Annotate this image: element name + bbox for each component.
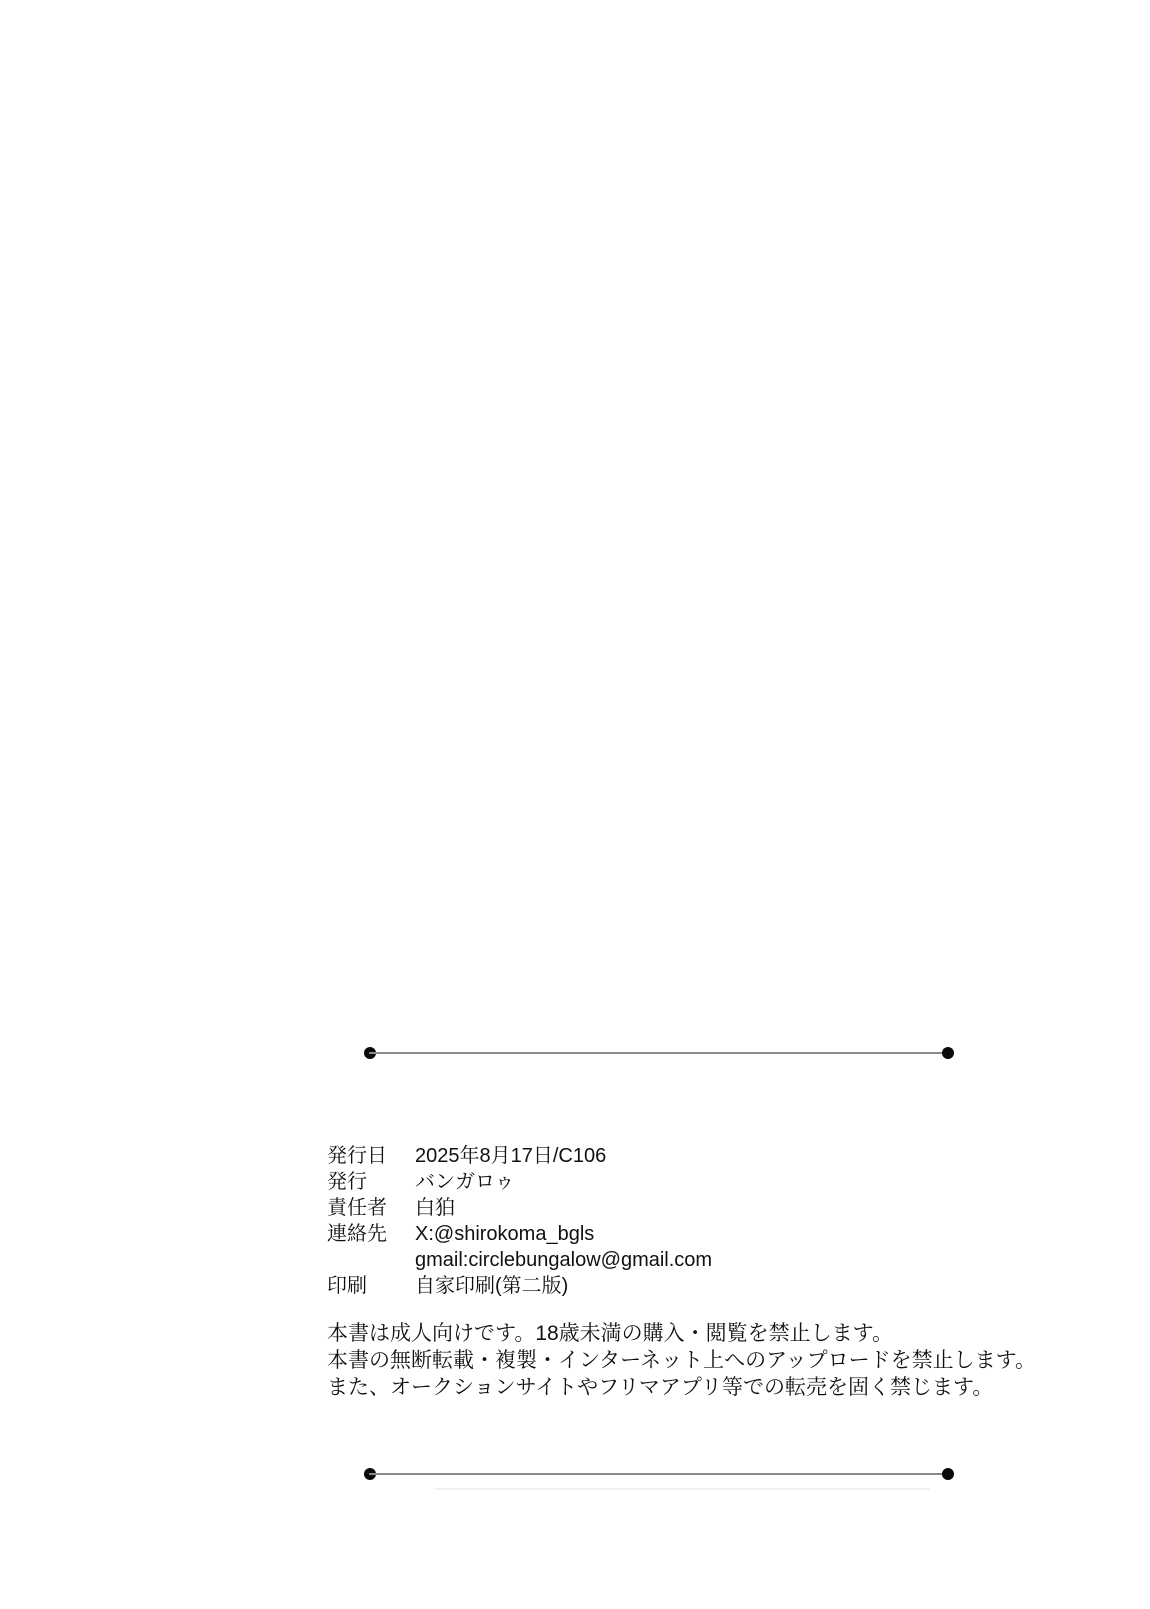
- field-value: gmail:circlebungalow@gmail.com: [415, 1247, 712, 1273]
- disclaimer-line-adult: 本書は成人向けです。18歳未満の購入・閲覧を禁止します。: [327, 1320, 1036, 1347]
- field-value: バンガロゥ: [415, 1169, 712, 1195]
- publication-row-responsible: 責任者 白狛: [327, 1195, 712, 1221]
- field-label: 印刷: [327, 1273, 415, 1299]
- field-label: 発行日: [327, 1143, 415, 1169]
- field-value: 白狛: [415, 1195, 712, 1221]
- publication-row-publisher: 発行 バンガロゥ: [327, 1169, 712, 1195]
- publication-row-contact-gmail: gmail:circlebungalow@gmail.com: [327, 1247, 712, 1273]
- top-divider-rule: [364, 1047, 954, 1059]
- rule-line: [369, 1052, 949, 1054]
- field-value: X:@shirokoma_bgls: [415, 1221, 712, 1247]
- publication-row-contact-x: 連絡先 X:@shirokoma_bgls: [327, 1221, 712, 1247]
- publication-info-block: 発行日 2025年8月17日/C106 発行 バンガロゥ 責任者 白狛 連絡先 …: [327, 1143, 712, 1299]
- disclaimer-line-reupload: 本書の無断転載・複製・インターネット上へのアップロードを禁止します。: [327, 1347, 1036, 1374]
- publication-row-printing: 印刷 自家印刷(第二版): [327, 1273, 712, 1299]
- bottom-divider-rule: [364, 1468, 954, 1480]
- colophon-page: 発行日 2025年8月17日/C106 発行 バンガロゥ 責任者 白狛 連絡先 …: [0, 0, 1150, 1609]
- rule-endpoint-dot: [942, 1047, 954, 1059]
- rule-line: [369, 1473, 949, 1475]
- field-label: 責任者: [327, 1195, 415, 1221]
- field-label: 連絡先: [327, 1221, 415, 1247]
- scan-artifact-line: [435, 1488, 930, 1490]
- rule-endpoint-dot: [942, 1468, 954, 1480]
- publication-row-date: 発行日 2025年8月17日/C106: [327, 1143, 712, 1169]
- field-value: 自家印刷(第二版): [415, 1273, 712, 1299]
- disclaimer-line-resale: また、オークションサイトやフリマアプリ等での転売を固く禁じます。: [327, 1374, 1036, 1401]
- field-value: 2025年8月17日/C106: [415, 1143, 712, 1169]
- field-label: 発行: [327, 1169, 415, 1195]
- field-label: [327, 1247, 415, 1273]
- disclaimer-block: 本書は成人向けです。18歳未満の購入・閲覧を禁止します。 本書の無断転載・複製・…: [327, 1320, 1036, 1401]
